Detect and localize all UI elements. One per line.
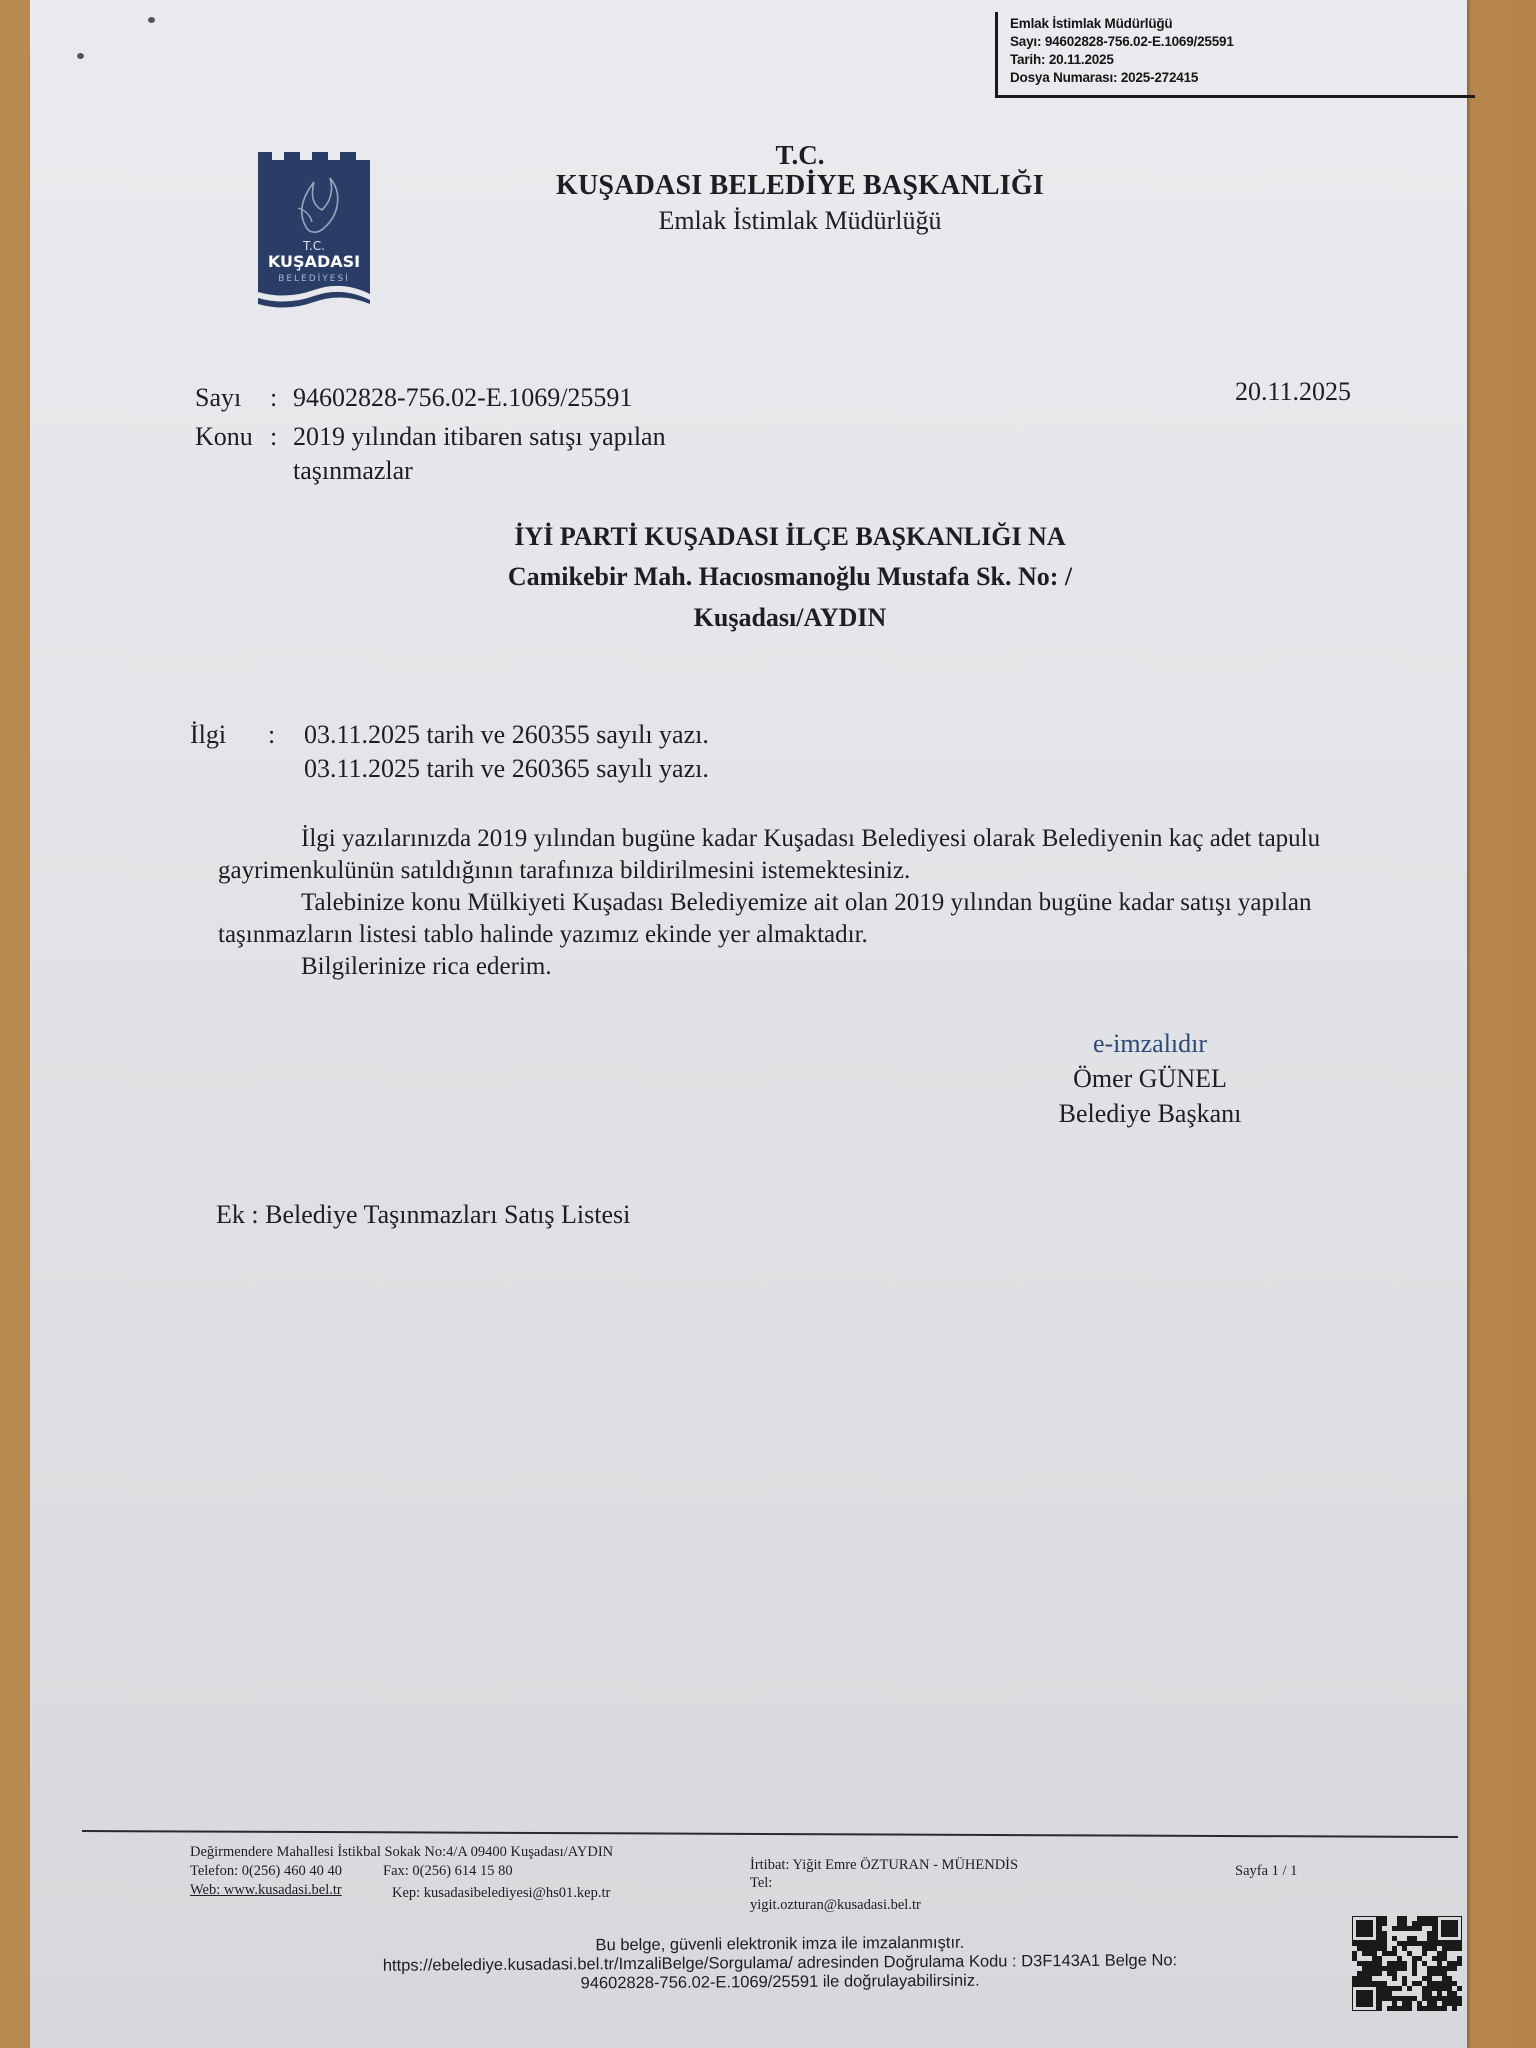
body-paragraph-2: Talebinize konu Mülkiyeti Kuşadası Beled… <box>218 887 1368 951</box>
attachment-note: Ek : Belediye Taşınmazları Satış Listesi <box>216 1200 630 1230</box>
footer-address: Değirmendere Mahallesi İstikbal Sokak No… <box>190 1843 613 1862</box>
footer-contact: İrtibat: Yiğit Emre ÖZTURAN - MÜHENDİS <box>750 1856 1018 1875</box>
page-number: Sayfa 1 / 1 <box>1235 1862 1297 1881</box>
stamp-sayi: Sayı: 94602828-756.02-E.1069/25591 <box>1010 33 1475 51</box>
ilgi-item-2: 03.11.2025 tarih ve 260365 sayılı yazı. <box>304 754 709 784</box>
signer-name: Ömer GÜNEL <box>1020 1061 1280 1096</box>
registry-stamp: Emlak İstimlak Müdürlüğü Sayı: 94602828-… <box>995 12 1475 98</box>
castle-flag-icon: T.C. KUŞADASI BELEDİYESİ <box>258 152 370 310</box>
konu-value-2: taşınmazlar <box>293 456 413 486</box>
header-tc: T.C. <box>460 140 1140 171</box>
ilgi-sep: : <box>268 720 275 750</box>
stamp-dept: Emlak İstimlak Müdürlüğü <box>1010 15 1475 33</box>
signature-block: e-imzalıdır Ömer GÜNEL Belediye Başkanı <box>1020 1026 1280 1131</box>
footer-phone: Telefon: 0(256) 460 40 40 <box>190 1862 342 1881</box>
footer-fax: Fax: 0(256) 614 15 80 <box>383 1862 513 1881</box>
recipient-address-2: Kuşadası/AYDIN <box>410 603 1170 633</box>
svg-text:KUŞADASI: KUŞADASI <box>268 252 360 271</box>
svg-text:T.C.: T.C. <box>302 239 325 253</box>
sayi-value: 94602828-756.02-E.1069/25591 <box>293 383 632 413</box>
footer-tel: Tel: <box>750 1874 772 1893</box>
header-department: Emlak İstimlak Müdürlüğü <box>460 206 1140 236</box>
body-paragraph-1: İlgi yazılarınızda 2019 yılından bugüne … <box>218 823 1368 887</box>
recipient-name: İYİ PARTİ KUŞADASI İLÇE BAŞKANLIĞI NA <box>410 522 1170 552</box>
document-date: 20.11.2025 <box>1235 377 1351 407</box>
municipality-logo: T.C. KUŞADASI BELEDİYESİ <box>258 152 370 310</box>
esignature-label: e-imzalıdır <box>1020 1026 1280 1061</box>
ilgi-label: İlgi <box>190 720 226 750</box>
recipient-address-1: Camikebir Mah. Hacıosmanoğlu Mustafa Sk.… <box>410 562 1170 592</box>
ilgi-item-1: 03.11.2025 tarih ve 260355 sayılı yazı. <box>304 720 709 750</box>
document-page: Emlak İstimlak Müdürlüğü Sayı: 94602828-… <box>30 0 1467 2048</box>
footer-email: yigit.ozturan@kusadasi.bel.tr <box>750 1896 921 1915</box>
footer-kep: Kep: kusadasibelediyesi@hs01.kep.tr <box>392 1884 610 1903</box>
verification-note: Bu belge, güvenli elektronik imza ile im… <box>290 1932 1270 1996</box>
konu-sep: : <box>270 422 277 452</box>
qr-code-icon <box>1352 1916 1462 2011</box>
stamp-dosya: Dosya Numarası: 2025-272415 <box>1010 69 1475 87</box>
paper-mark <box>77 53 84 59</box>
svg-text:BELEDİYESİ: BELEDİYESİ <box>278 273 350 284</box>
stamp-tarih: Tarih: 20.11.2025 <box>1010 51 1475 69</box>
paper-mark <box>148 17 155 23</box>
header-institution: KUŞADASI BELEDİYE BAŞKANLIĞI <box>460 170 1140 202</box>
footer-web-link[interactable]: Web: www.kusadasi.bel.tr <box>190 1881 342 1900</box>
footer-divider <box>82 1830 1458 1838</box>
body-paragraph-3: Bilgilerinize rica ederim. <box>218 951 1368 983</box>
sayi-sep: : <box>270 383 277 413</box>
sayi-label: Sayı <box>195 383 241 413</box>
signer-title: Belediye Başkanı <box>1020 1096 1280 1131</box>
konu-value-1: 2019 yılından itibaren satışı yapılan <box>293 422 666 452</box>
konu-label: Konu <box>195 422 253 452</box>
